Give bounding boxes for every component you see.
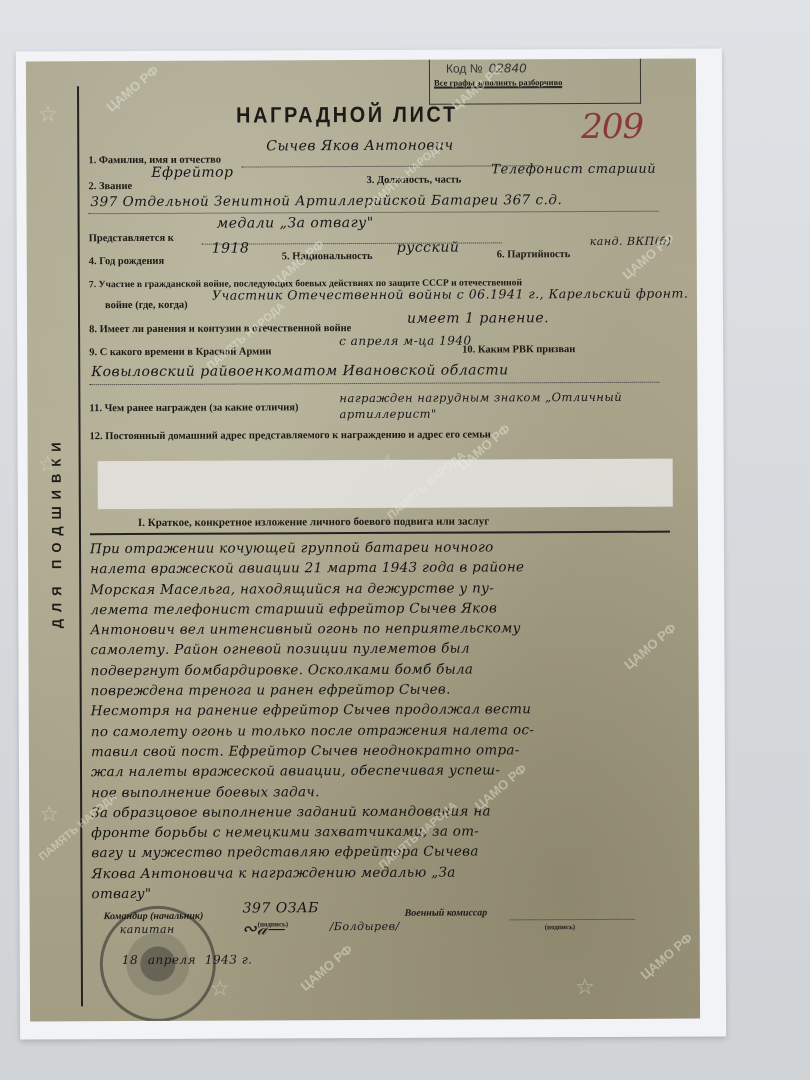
- field-rvk-value: Ковыловский райвоенкоматом Ивановской об…: [91, 362, 508, 380]
- commissar-line: [510, 919, 635, 921]
- description-line: Якова Антоновича к награждению медалью „…: [91, 861, 691, 884]
- description-line: налета вражеской авиации 21 марта 1943 г…: [90, 557, 690, 580]
- field-line: [89, 211, 659, 214]
- field-party-label: 6. Партийность: [497, 249, 571, 260]
- field-rank-value: Ефрейтор: [151, 165, 233, 181]
- field-rank-label: 2. Звание: [88, 181, 132, 192]
- watermark-star-icon: ☆: [38, 101, 58, 127]
- date-year: 1943 г.: [205, 952, 253, 966]
- field-rvk-label: 10. Каким РВК призван: [462, 344, 575, 355]
- binding-margin-line: [77, 86, 83, 1006]
- watermark-camo: ЦАМО РФ: [297, 942, 355, 994]
- watermark-camo: ЦАМО РФ: [637, 930, 695, 982]
- field-war-participation-value: Участник Отечественной войны с 06.1941 г…: [212, 286, 688, 303]
- field-nominated-value: медали „За отвагу": [217, 215, 374, 232]
- field-prior-awards-label: 11. Чем ранее награжден (за какие отличи…: [89, 402, 298, 414]
- field-birth-year-value: 1918: [212, 240, 250, 256]
- award-sheet-photo: ДЛЯ ПОДШИВКИ Код №02840 Все графы заполн…: [26, 59, 700, 1022]
- sheet-number: 209: [581, 107, 643, 147]
- achievement-description: При отражении кочующей группой батареи н…: [90, 537, 692, 905]
- watermark-pamyat: ПАМЯТЬ НАРОДА: [205, 300, 287, 372]
- description-line: отвагу": [91, 882, 691, 905]
- description-line: повреждена треногa и ранен ефрейтор Сыче…: [91, 679, 691, 702]
- archive-code-box: Код №02840 Все графы заполнять разборчив…: [429, 59, 641, 105]
- field-army-since-label: 9. С какого времени в Красной Армии: [89, 346, 271, 358]
- commander-rank: капитан: [120, 923, 175, 936]
- commissar-label: Военный комиссар: [405, 907, 488, 918]
- signature-caption: (подпись): [258, 920, 288, 928]
- field-unit-value: 397 Отдельной Зенитной Артиллерийской Ба…: [90, 192, 562, 210]
- field-name-value: Сычев Яков Антонович: [266, 138, 454, 155]
- description-line: подвергнут бомбардировке. Осколками бомб…: [91, 658, 691, 681]
- description-line: фронте борьбы с немецкими захватчиками, …: [91, 821, 691, 844]
- field-war-where-label: войне (где, когда): [105, 300, 188, 311]
- fill-instruction: Все графы заполнять разборчиво: [434, 77, 562, 89]
- field-nominated-label: Представляется к: [89, 233, 174, 244]
- field-prior-awards-value: награжден нагрудным знаком „Отличный арт…: [339, 389, 659, 422]
- field-position-label: 3. Должность, часть: [366, 175, 461, 186]
- field-wounds-value: имеет 1 ранение.: [407, 310, 549, 327]
- field-address-label: 12. Постоянный домашний адрес представля…: [90, 429, 491, 442]
- description-line: Антонович вел интенсивный огонь по непри…: [90, 618, 690, 641]
- description-line: самолету. Район огневой позиции пулемето…: [90, 638, 690, 661]
- commander-name: /Болдырев/: [330, 920, 400, 933]
- field-nationality-value: русский: [397, 240, 460, 256]
- field-nationality-label: 5. Национальность: [282, 251, 373, 262]
- field-birth-year-label: 4. Год рождения: [89, 256, 164, 267]
- description-line: Морская Масельга, находящийся на дежурст…: [90, 577, 690, 600]
- description-line: тавил свой пост. Ефрейтор Сычев неоднокр…: [91, 740, 691, 763]
- description-line: жал налеты вражеской авиации, обеспечива…: [91, 760, 691, 783]
- field-party-value: канд. ВКП(б): [590, 235, 672, 248]
- description-line: вагу и мужество представляю ефрейтора Сы…: [91, 841, 691, 864]
- field-line: [89, 382, 659, 385]
- watermark-star-icon: ☆: [575, 974, 595, 1000]
- commander-unit: 397 ОЗАБ: [243, 900, 319, 916]
- section-heading: I. Краткое, конкретное изложение личного…: [138, 515, 489, 529]
- date-day: 18: [122, 953, 138, 967]
- description-line: При отражении кочующей группой батареи н…: [90, 537, 690, 560]
- field-position-value: Телефонист старший: [491, 162, 656, 178]
- archive-code: Код №02840: [446, 61, 527, 75]
- redacted-address-area: [98, 459, 673, 510]
- description-line: За образцовое выполнение заданий командо…: [91, 800, 691, 823]
- description-line: лемета телефонист старший ефрейтор Сычев…: [90, 597, 690, 620]
- description-line: Несмотря на ранение ефрейтор Сычев продо…: [91, 699, 691, 722]
- description-line: ное выполнение боевых задач.: [91, 780, 691, 803]
- field-wounds-label: 8. Имеет ли ранения и контузии в отечест…: [89, 323, 351, 335]
- section-rule: [90, 531, 670, 535]
- watermark-star-icon: ☆: [39, 801, 59, 827]
- watermark-camo: ЦАМО РФ: [104, 62, 162, 114]
- binding-label: ДЛЯ ПОДШИВКИ: [35, 401, 76, 661]
- description-line: по самолету огонь и только после отражен…: [91, 719, 691, 742]
- field-army-since-value: с апреля м-ца 1940: [339, 334, 472, 349]
- commander-label: Командир (начальник): [104, 911, 204, 922]
- date-month: апреля: [148, 953, 196, 967]
- document-title: НАГРАДНОЙ ЛИСТ: [236, 102, 458, 129]
- commissar-caption: (подпись): [545, 923, 575, 931]
